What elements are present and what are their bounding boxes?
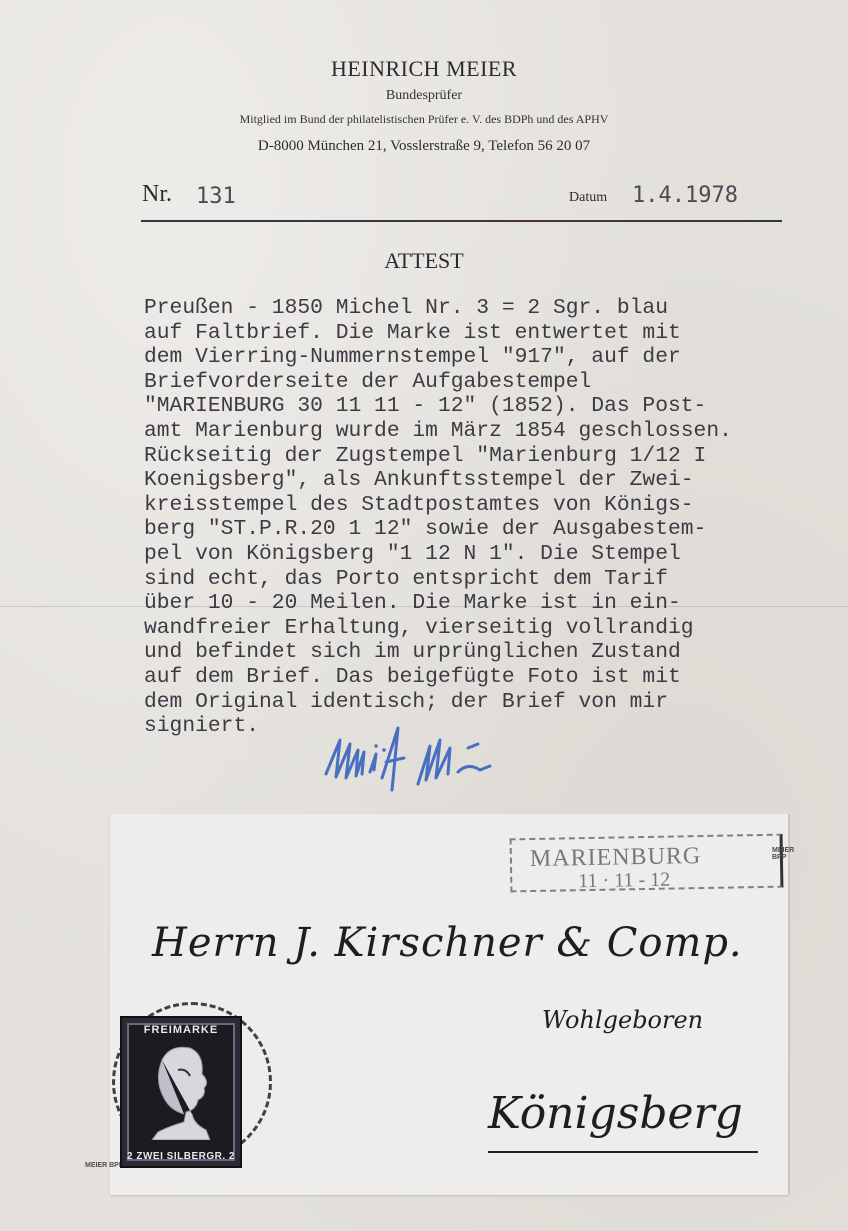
body-line: auf dem Brief. Das beigefügte Foto ist m… [144,665,732,690]
postage-stamp: FREIMARKE 2 ZWEI SILBERGR. 2 [120,1016,242,1168]
membership-line: Mitglied im Bund der philatelistischen P… [0,112,848,127]
body-line: über 10 - 20 Meilen. Die Marke ist in ei… [144,591,732,616]
body-line: Preußen - 1850 Michel Nr. 3 = 2 Sgr. bla… [144,296,732,321]
body-line: sind echt, das Porto entspricht dem Tari… [144,567,732,592]
date-label: Datum [569,190,607,206]
certificate-body: Preußen - 1850 Michel Nr. 3 = 2 Sgr. bla… [144,296,732,739]
body-line: Koenigsberg", als Ankunftsstempel der Zw… [144,468,732,493]
body-line: wandfreier Erhaltung, vierseitig vollran… [144,616,732,641]
body-line: auf Faltbrief. Die Marke ist entwertet m… [144,321,732,346]
header-divider [141,220,782,222]
addressee-script: Herrn J. Kirschner & Comp. [152,920,743,966]
stamp-inscription-top: FREIMARKE [122,1024,240,1036]
honorific-script: Wohlgeboren [542,1006,703,1034]
city-underline [488,1151,758,1153]
marienburg-postmark: MARIENBURG 11 · 11 - 12 [510,834,784,893]
body-line: dem Original identisch; der Brief von mi… [144,690,732,715]
certificate-heading: ATTEST [0,248,848,274]
body-line: amt Marienburg wurde im März 1854 geschl… [144,419,732,444]
examiner-mark: MEIER BPP [85,1162,124,1169]
number-label: Nr. [142,181,172,208]
address-line: D-8000 München 21, Vosslerstraße 9, Tele… [0,138,848,155]
body-line: berg "ST.P.R.20 1 12" sowie der Ausgabes… [144,517,732,542]
examiner-name: HEINRICH MEIER [0,56,848,82]
examiner-title: Bundesprüfer [0,88,848,104]
destination-city-script: Königsberg [488,1088,743,1139]
postmark-date: 11 · 11 - 12 [578,869,670,894]
examiner-mark: MEIER BPP [772,847,794,861]
body-line: pel von Königsberg "1 12 N 1". Die Stemp… [144,542,732,567]
stamp-inscription-bottom: 2 ZWEI SILBERGR. 2 [122,1151,240,1162]
body-line: kreisstempel des Stadtpostamtes von Köni… [144,493,732,518]
body-line: Rückseitig der Zugstempel "Marienburg 1/… [144,444,732,469]
certificate-number: 131 [196,184,236,209]
photo-edge [788,814,790,1195]
handwritten-signature [318,722,498,802]
body-line: und befindet sich im urprünglichen Zusta… [144,640,732,665]
certificate-date: 1.4.1978 [632,183,738,208]
body-line: dem Vierring-Nummernstempel "917", auf d… [144,345,732,370]
body-line: Briefvorderseite der Aufgabestempel [144,370,732,395]
cover-photo: MARIENBURG 11 · 11 - 12 MEIER BPP MEIER … [110,814,788,1195]
body-line: "MARIENBURG 30 11 11 - 12" (1852). Das P… [144,394,732,419]
king-portrait-icon [140,1040,222,1140]
